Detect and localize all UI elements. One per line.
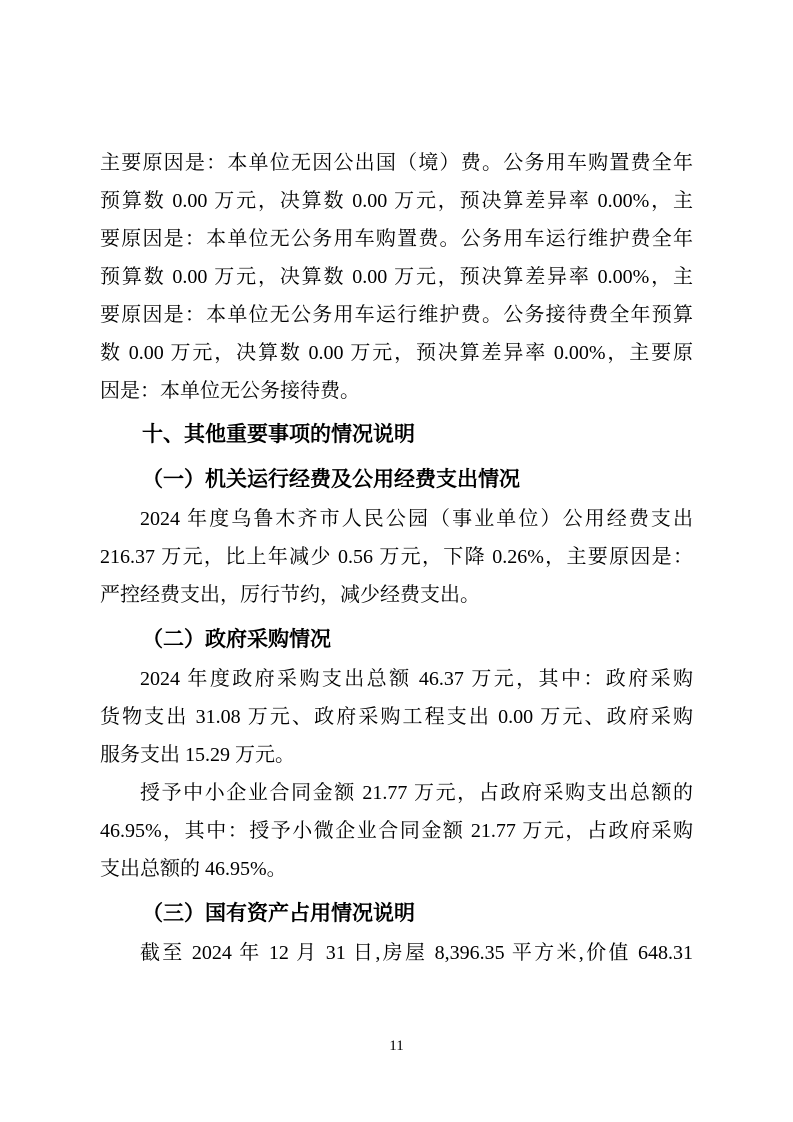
text-line: 2024 年度政府采购支出总额 46.37 万元，其中：政府采购 [100,660,693,698]
paragraph: 2024 年度乌鲁木齐市人民公园（事业单位）公用经费支出216.37 万元，比上… [100,500,693,614]
text-line: 严控经费支出，厉行节约，减少经费支出。 [100,576,693,614]
paragraph: 截至 2024 年 12 月 31 日,房屋 8,396.35 平方米,价值 6… [100,934,693,972]
subsection-heading: （三）国有资产占用情况说明 [100,894,693,932]
subsection-heading: （二）政府采购情况 [100,620,693,658]
text-line: 服务支出 15.29 万元。 [100,736,693,774]
text-line: 主要原因是：本单位无因公出国（境）费。公务用车购置费全年 [100,144,693,182]
section-heading: 十、其他重要事项的情况说明 [100,416,693,454]
text-line: 授予中小企业合同金额 21.77 万元，占政府采购支出总额的 [100,774,693,812]
paragraph: 2024 年度政府采购支出总额 46.37 万元，其中：政府采购货物支出 31.… [100,660,693,774]
document-page: 主要原因是：本单位无因公出国（境）费。公务用车购置费全年预算数 0.00 万元，… [0,0,793,1122]
text-line: 因是：本单位无公务接待费。 [100,372,693,410]
text-line: 数 0.00 万元，决算数 0.00 万元，预决算差异率 0.00%，主要原 [100,334,693,372]
text-line: 2024 年度乌鲁木齐市人民公园（事业单位）公用经费支出 [100,500,693,538]
text-line: 货物支出 31.08 万元、政府采购工程支出 0.00 万元、政府采购 [100,698,693,736]
text-line: 要原因是：本单位无公务用车运行维护费。公务接待费全年预算 [100,296,693,334]
subsection-heading: （一）机关运行经费及公用经费支出情况 [100,460,693,498]
text-line: 要原因是：本单位无公务用车购置费。公务用车运行维护费全年 [100,220,693,258]
text-line: 46.95%，其中：授予小微企业合同金额 21.77 万元，占政府采购 [100,812,693,850]
page-number: 11 [0,1036,793,1056]
text-line: 截至 2024 年 12 月 31 日,房屋 8,396.35 平方米,价值 6… [100,934,693,972]
paragraph: 主要原因是：本单位无因公出国（境）费。公务用车购置费全年预算数 0.00 万元，… [100,144,693,410]
text-line: 支出总额的 46.95%。 [100,850,693,888]
text-area: 主要原因是：本单位无因公出国（境）费。公务用车购置费全年预算数 0.00 万元，… [100,144,693,972]
paragraph: 授予中小企业合同金额 21.77 万元，占政府采购支出总额的46.95%，其中：… [100,774,693,888]
text-line: 预算数 0.00 万元，决算数 0.00 万元，预决算差异率 0.00%，主 [100,258,693,296]
text-line: 216.37 万元，比上年减少 0.56 万元，下降 0.26%，主要原因是： [100,538,693,576]
text-line: 预算数 0.00 万元，决算数 0.00 万元，预决算差异率 0.00%，主 [100,182,693,220]
